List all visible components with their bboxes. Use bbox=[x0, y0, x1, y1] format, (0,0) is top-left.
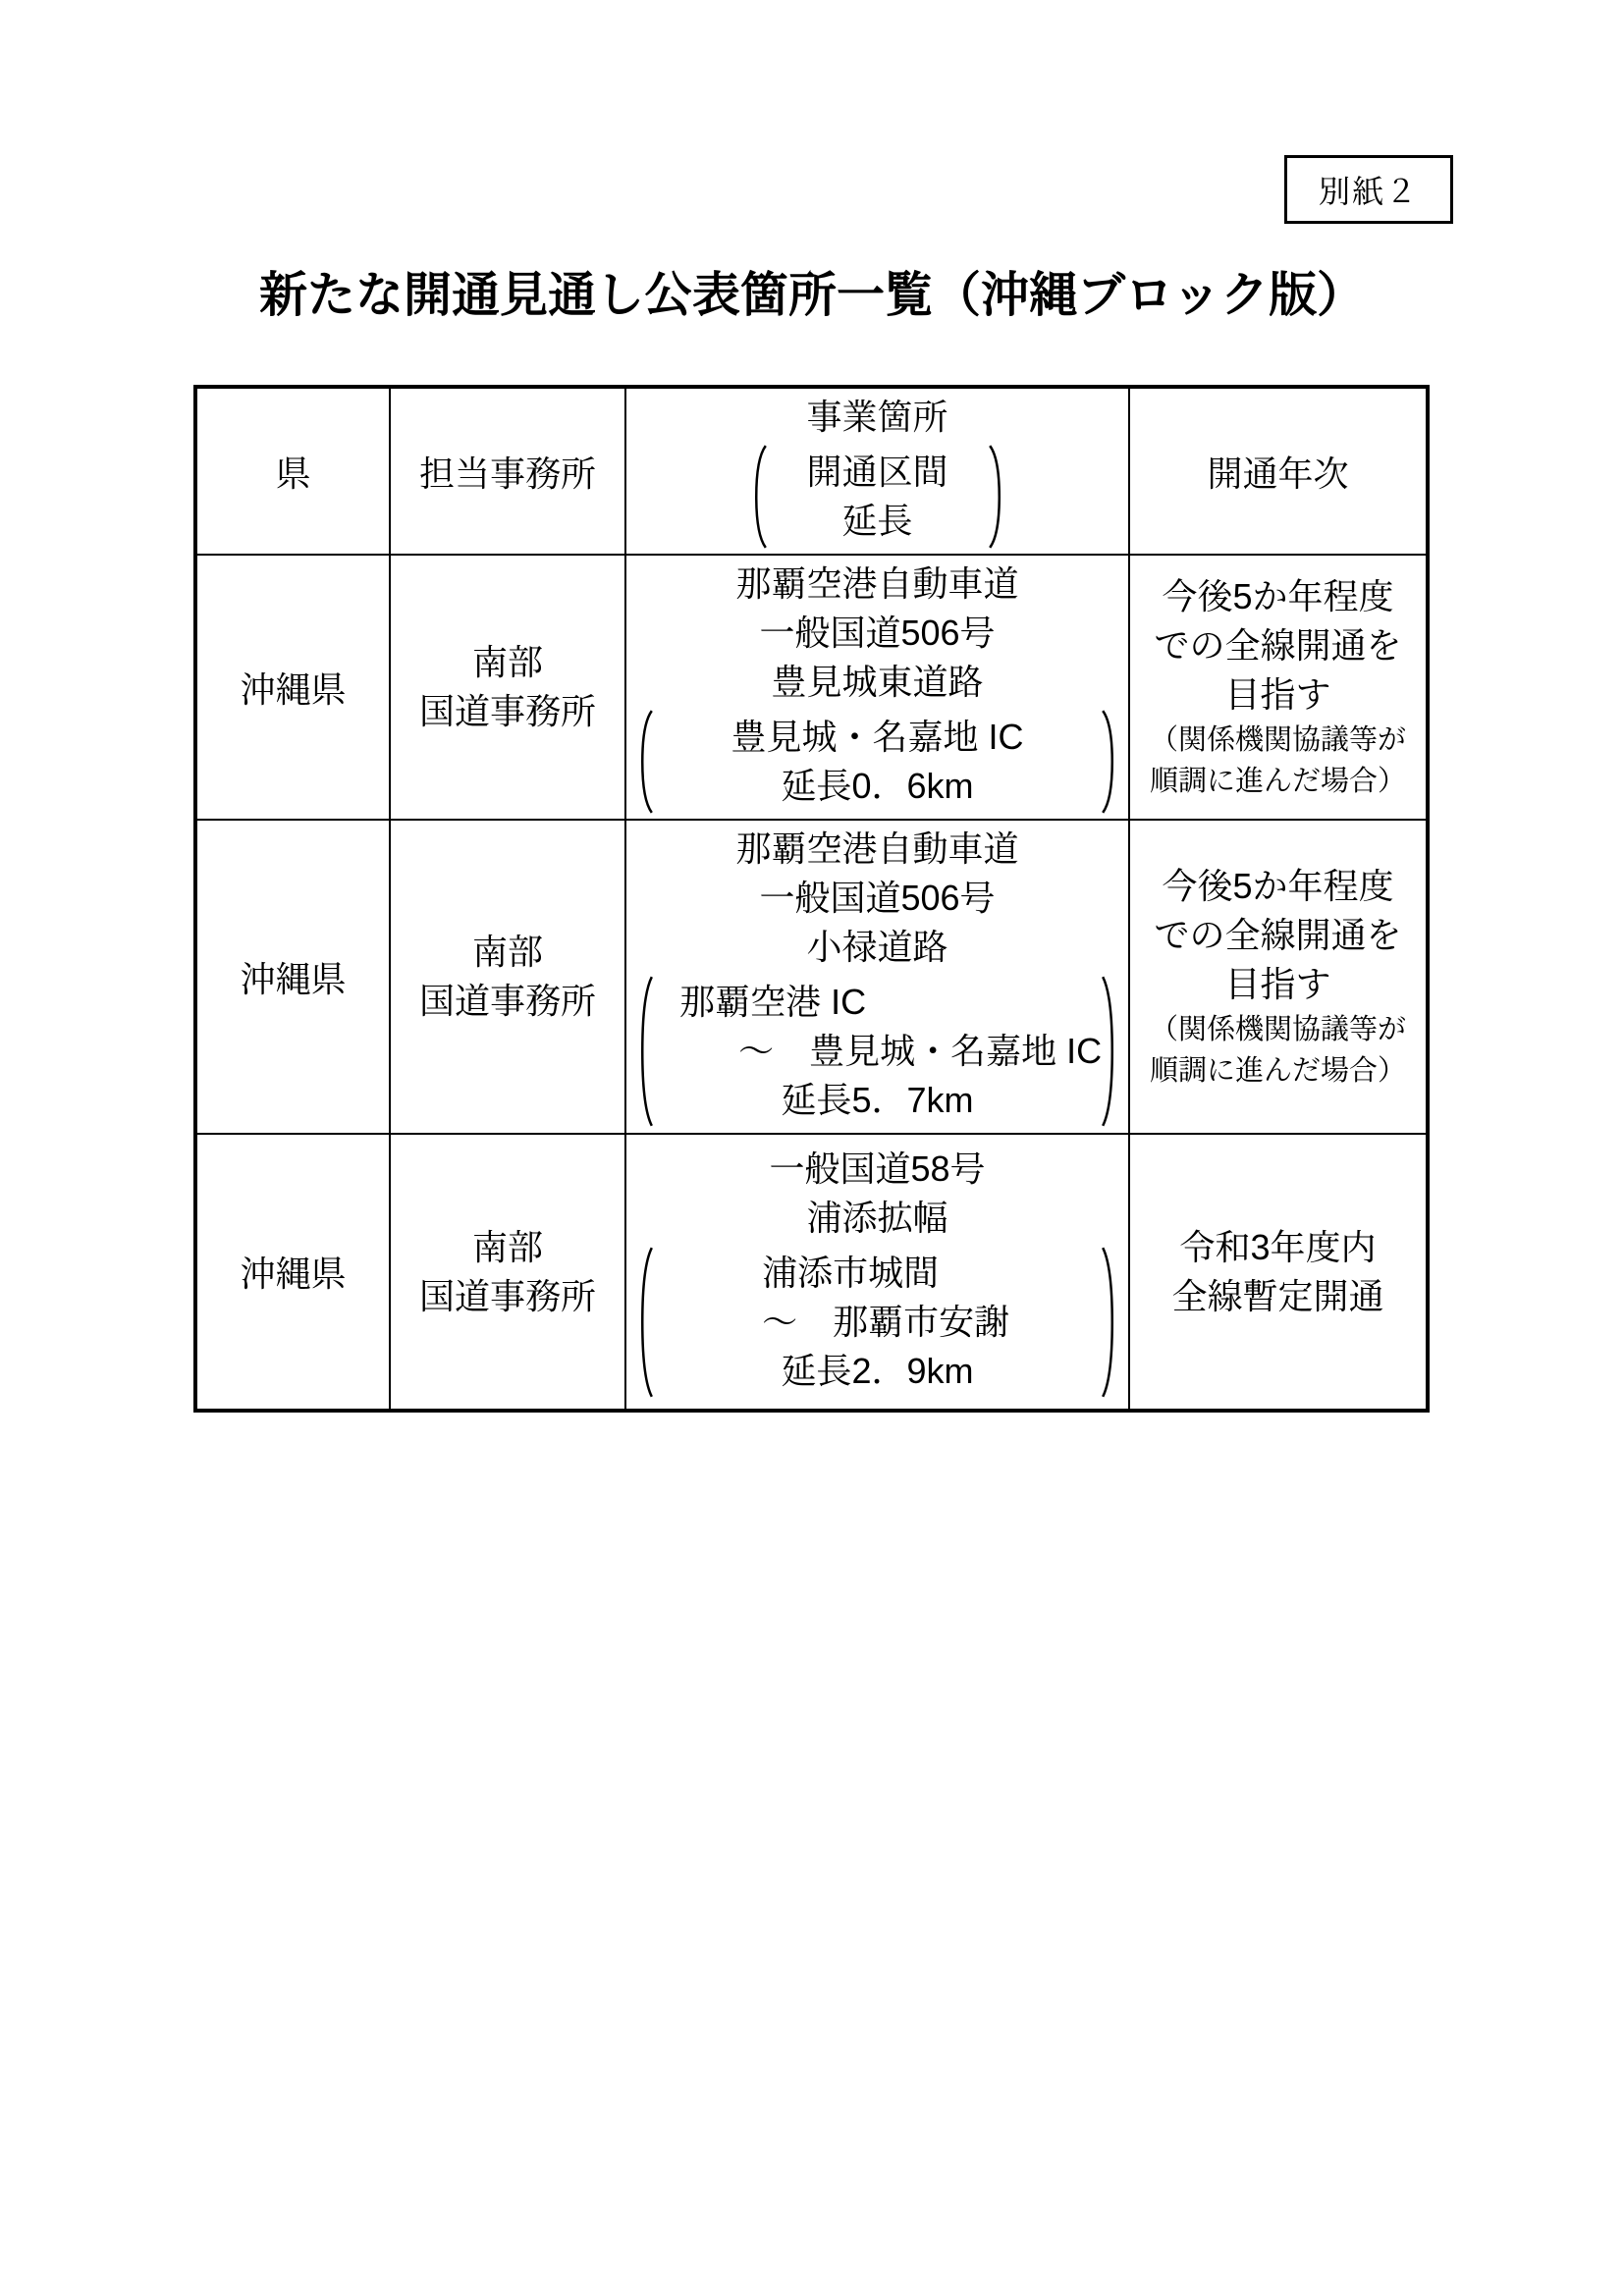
project-section-bracket: 那覇空港 IC ～ 豊見城・名嘉地 IC 延長5．7km bbox=[638, 974, 1116, 1129]
opening-note-line: （関係機関協議等が bbox=[1132, 1009, 1424, 1050]
close-paren-icon bbox=[1100, 709, 1116, 815]
header-project-bracket: 開通区間 延長 bbox=[752, 444, 1003, 550]
open-paren-icon bbox=[638, 1245, 655, 1400]
page-title: 新たな開通見通し公表箇所一覧（沖縄ブロック版） bbox=[0, 257, 1624, 326]
cell-office: 南部 国道事務所 bbox=[390, 1134, 625, 1411]
opening-forecast-table: 県 担当事務所 事業箇所 開通区間 延長 開通年次 沖縄県 南部 bbox=[193, 385, 1430, 1413]
open-paren-icon bbox=[638, 709, 655, 815]
table-row-1: 沖縄県 南部 国道事務所 那覇空港自動車道 一般国道506号 豊見城東道路 豊見… bbox=[195, 555, 1428, 820]
project-line: 一般国道506号 bbox=[628, 874, 1126, 923]
project-line: 浦添拡幅 bbox=[628, 1194, 1126, 1243]
close-paren-icon bbox=[987, 444, 1003, 550]
close-paren-icon bbox=[1100, 1245, 1116, 1400]
project-line: 那覇空港自動車道 bbox=[628, 560, 1126, 609]
cell-opening-year: 今後5か年程度 での全線開通を 目指す （関係機関協議等が 順調に進んだ場合） bbox=[1129, 555, 1428, 820]
cell-project: 一般国道58号 浦添拡幅 浦添市城間 ～ 那覇市安謝 延長2．9km bbox=[625, 1134, 1129, 1411]
header-project: 事業箇所 開通区間 延長 bbox=[625, 387, 1129, 555]
open-paren-icon bbox=[638, 974, 655, 1129]
opening-note-line: 順調に進んだ場合） bbox=[1132, 761, 1424, 802]
project-section-bracket: 浦添市城間 ～ 那覇市安謝 延長2．9km bbox=[638, 1245, 1116, 1400]
cell-project: 那覇空港自動車道 一般国道506号 小禄道路 那覇空港 IC ～ 豊見城・名嘉地… bbox=[625, 820, 1129, 1134]
table-row-2: 沖縄県 南部 国道事務所 那覇空港自動車道 一般国道506号 小禄道路 那覇空港… bbox=[195, 820, 1428, 1134]
bracket-line: 延長0．6km bbox=[668, 762, 1087, 811]
cell-project: 那覇空港自動車道 一般国道506号 豊見城東道路 豊見城・名嘉地 IC 延長0．… bbox=[625, 555, 1129, 820]
bracket-line: ～ 豊見城・名嘉地 IC bbox=[668, 1027, 1087, 1076]
header-office: 担当事務所 bbox=[390, 387, 625, 555]
project-line: 小禄道路 bbox=[628, 923, 1126, 972]
office-line: 南部 bbox=[393, 638, 623, 687]
opening-line: での全線開通を bbox=[1132, 621, 1424, 670]
opening-note-line: 順調に進んだ場合） bbox=[1132, 1050, 1424, 1092]
opening-line: 今後5か年程度 bbox=[1132, 862, 1424, 911]
opening-line: での全線開通を bbox=[1132, 911, 1424, 960]
opening-line: 目指す bbox=[1132, 960, 1424, 1009]
bracket-line: ～ 那覇市安謝 bbox=[668, 1298, 1087, 1347]
bracket-line: 延長5．7km bbox=[668, 1076, 1087, 1125]
project-section-bracket: 豊見城・名嘉地 IC 延長0．6km bbox=[638, 709, 1116, 815]
table-row-3: 沖縄県 南部 国道事務所 一般国道58号 浦添拡幅 浦添市城間 ～ 那覇市安謝 … bbox=[195, 1134, 1428, 1411]
attachment-label-box: 別紙２ bbox=[1284, 155, 1453, 224]
table-header-row: 県 担当事務所 事業箇所 開通区間 延長 開通年次 bbox=[195, 387, 1428, 555]
header-bracket-line: 開通区間 bbox=[782, 448, 974, 497]
office-line: 国道事務所 bbox=[393, 1272, 623, 1321]
attachment-label: 別紙２ bbox=[1319, 167, 1419, 212]
cell-prefecture: 沖縄県 bbox=[195, 1134, 390, 1411]
cell-prefecture: 沖縄県 bbox=[195, 820, 390, 1134]
close-paren-icon bbox=[1100, 974, 1116, 1129]
opening-note-line: （関係機関協議等が bbox=[1132, 720, 1424, 761]
cell-opening-year: 令和3年度内 全線暫定開通 bbox=[1129, 1134, 1428, 1411]
office-line: 国道事務所 bbox=[393, 687, 623, 736]
header-opening-year: 開通年次 bbox=[1129, 387, 1428, 555]
open-paren-icon bbox=[752, 444, 769, 550]
office-line: 南部 bbox=[393, 1223, 623, 1272]
bracket-line: 那覇空港 IC bbox=[668, 978, 1087, 1027]
cell-opening-year: 今後5か年程度 での全線開通を 目指す （関係機関協議等が 順調に進んだ場合） bbox=[1129, 820, 1428, 1134]
opening-line: 目指す bbox=[1132, 670, 1424, 720]
project-line: 一般国道506号 bbox=[628, 609, 1126, 658]
cell-prefecture: 沖縄県 bbox=[195, 555, 390, 820]
office-line: 国道事務所 bbox=[393, 977, 623, 1026]
project-line: 一般国道58号 bbox=[628, 1145, 1126, 1194]
header-prefecture: 県 bbox=[195, 387, 390, 555]
office-line: 南部 bbox=[393, 928, 623, 977]
opening-line: 全線暫定開通 bbox=[1132, 1272, 1424, 1321]
cell-office: 南部 国道事務所 bbox=[390, 820, 625, 1134]
opening-line: 令和3年度内 bbox=[1132, 1223, 1424, 1272]
header-bracket-line: 延長 bbox=[782, 497, 974, 546]
project-line: 豊見城東道路 bbox=[628, 658, 1126, 707]
project-line: 那覇空港自動車道 bbox=[628, 825, 1126, 874]
cell-office: 南部 国道事務所 bbox=[390, 555, 625, 820]
bracket-line: 延長2．9km bbox=[668, 1347, 1087, 1396]
header-project-title: 事業箇所 bbox=[628, 393, 1126, 442]
document-page: 別紙２ 新たな開通見通し公表箇所一覧（沖縄ブロック版） 県 担当事務所 事業箇所… bbox=[0, 0, 1624, 2296]
opening-line: 今後5か年程度 bbox=[1132, 572, 1424, 621]
bracket-line: 浦添市城間 bbox=[668, 1249, 1087, 1298]
bracket-line: 豊見城・名嘉地 IC bbox=[668, 713, 1087, 762]
